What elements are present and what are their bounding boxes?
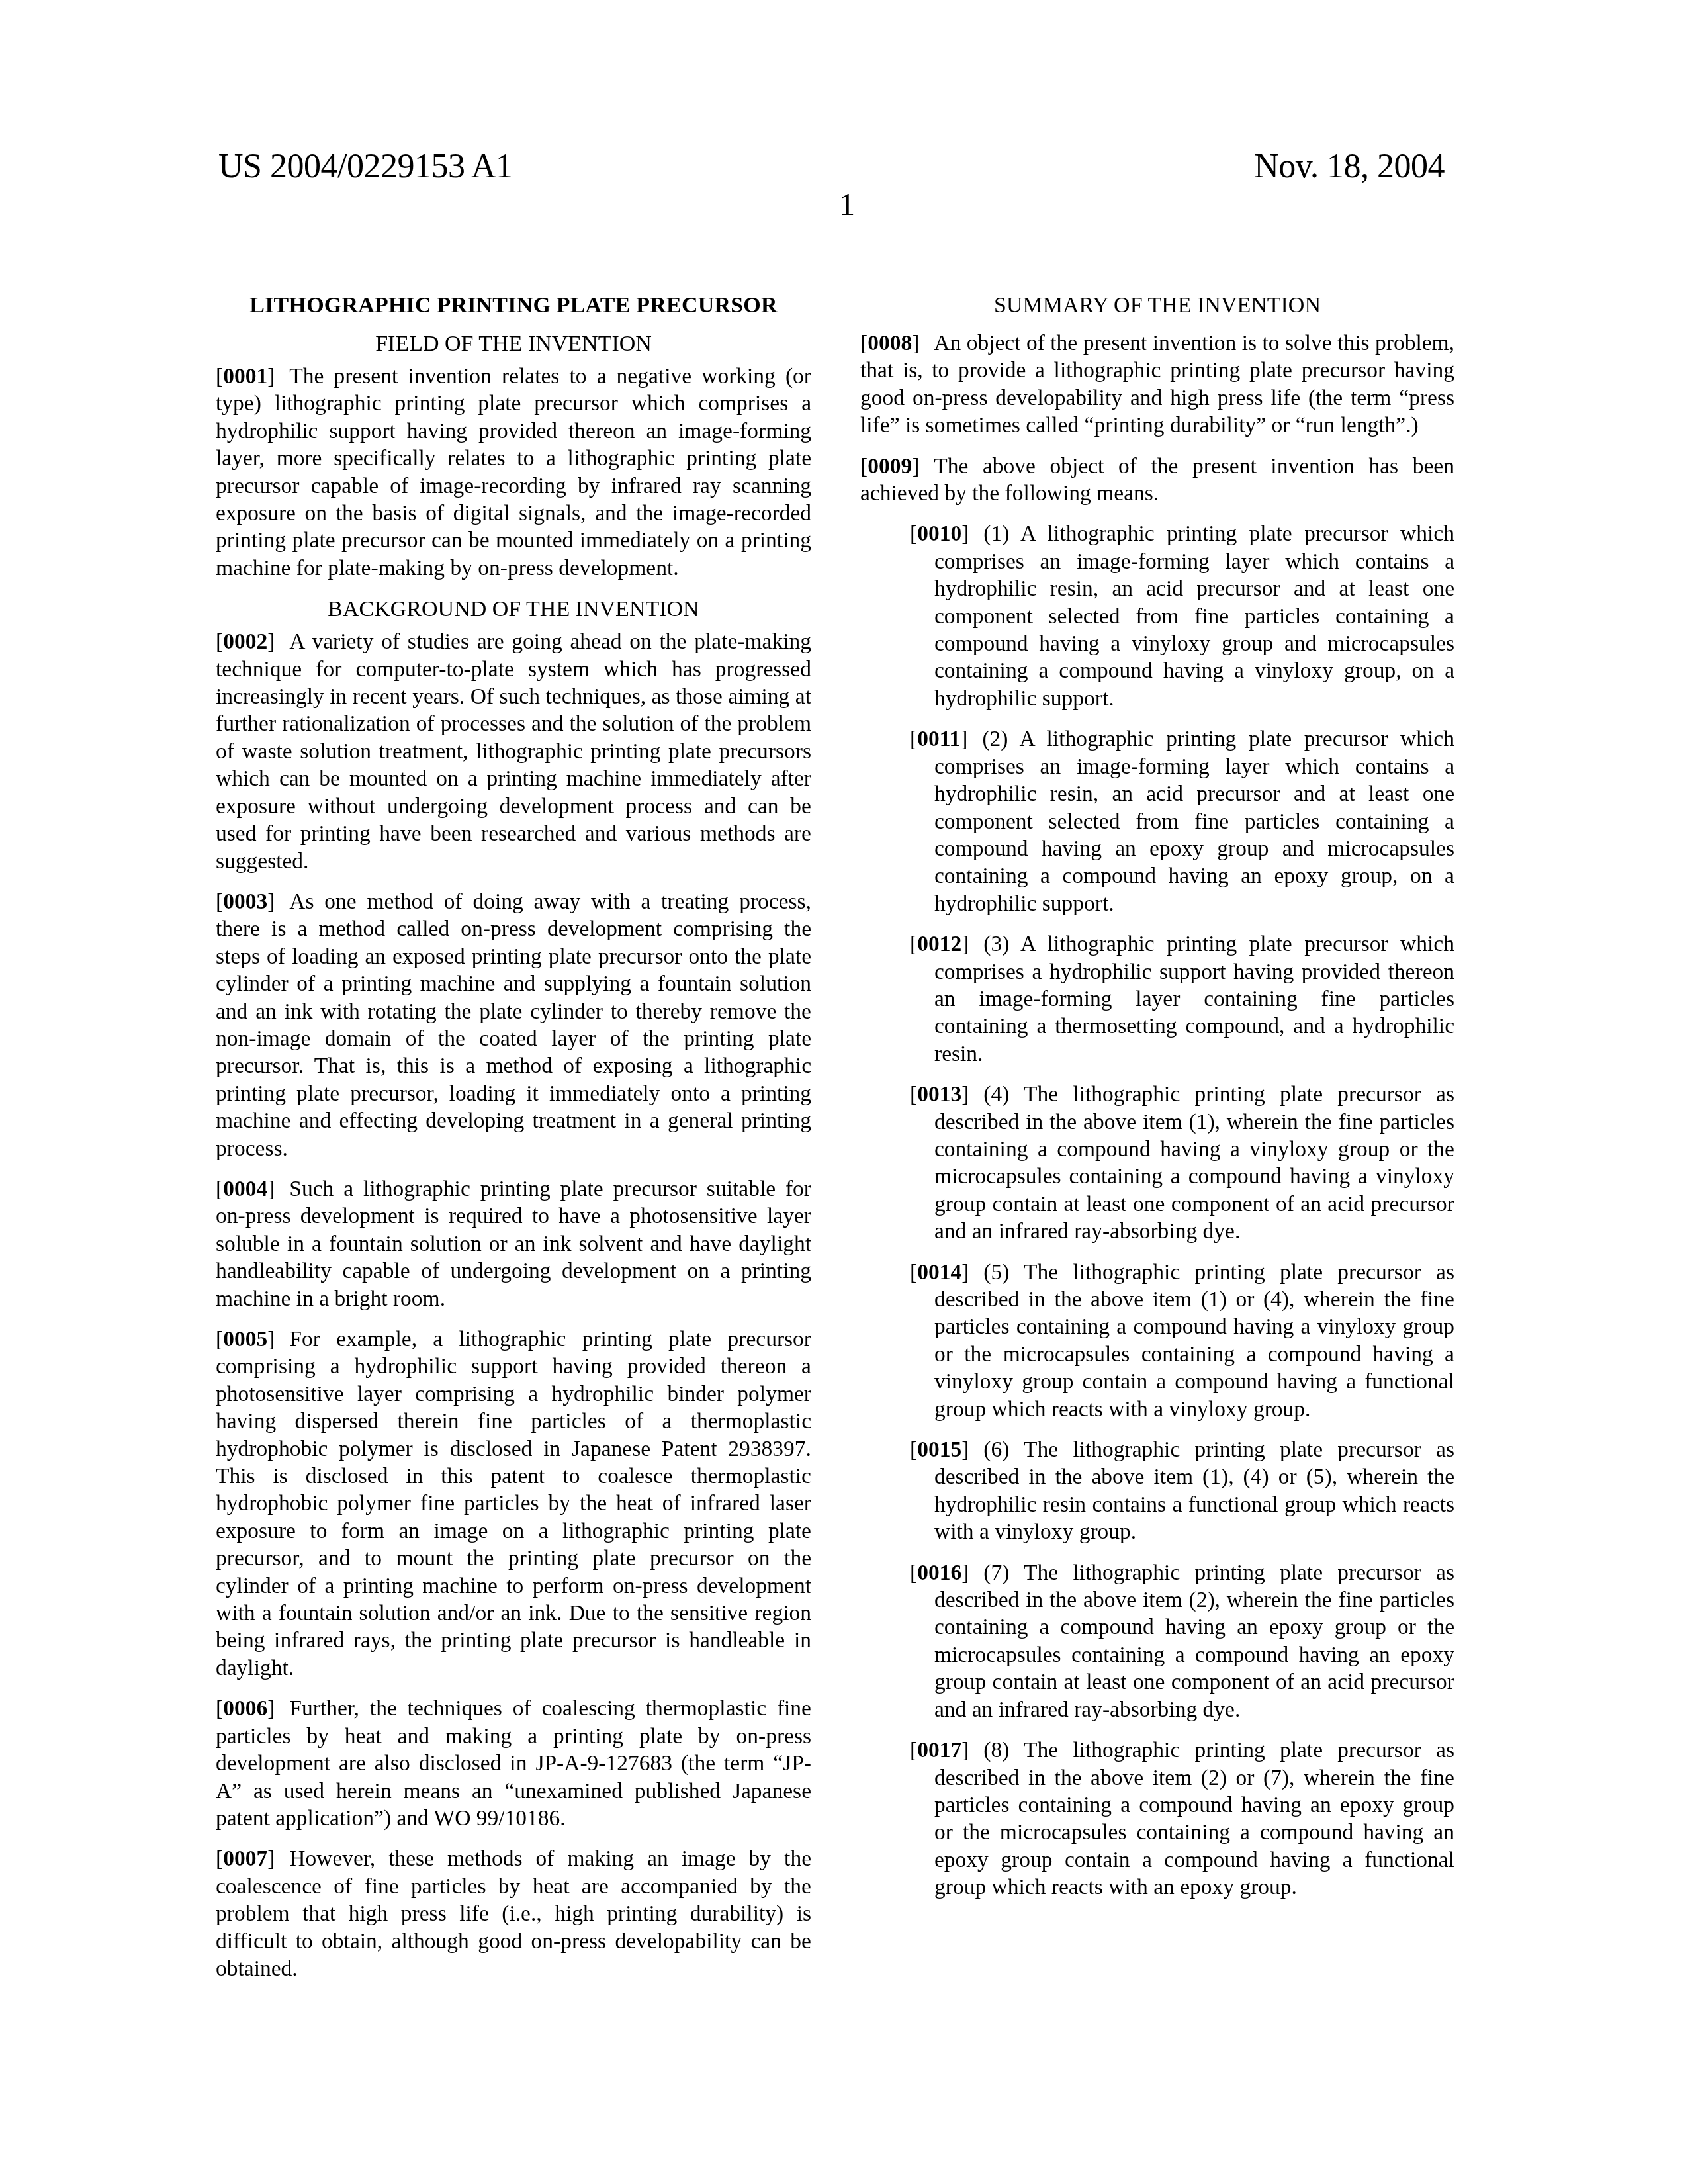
paragraph-number: 0017 <box>917 1738 961 1762</box>
paragraph-text: Such a lithographic printing plate precu… <box>216 1177 811 1311</box>
paragraph-number: 0004 <box>223 1177 267 1201</box>
paragraph-number: 0013 <box>917 1082 961 1107</box>
item-text: (4) The lithographic printing plate prec… <box>934 1082 1454 1244</box>
paragraph-number: 0002 <box>223 629 267 654</box>
claim-item-0010: [0010](1) A lithographic printing plate … <box>860 520 1454 712</box>
page-number: 1 <box>0 187 1694 224</box>
paragraph-number: 0005 <box>223 1327 267 1351</box>
paragraph-0008: [0008]An object of the present invention… <box>860 330 1454 439</box>
item-text: (5) The lithographic printing plate prec… <box>934 1260 1454 1422</box>
paragraph-number: 0016 <box>917 1561 961 1585</box>
claim-item-0017: [0017](8) The lithographic printing plat… <box>860 1737 1454 1901</box>
paragraph-number: 0003 <box>223 889 267 914</box>
item-text: (6) The lithographic printing plate prec… <box>934 1437 1454 1544</box>
paragraph-number: 0010 <box>917 522 961 546</box>
document-title: LITHOGRAPHIC PRINTING PLATE PRECURSOR <box>216 291 811 320</box>
paragraph-0005: [0005]For example, a lithographic printi… <box>216 1326 811 1682</box>
paragraph-0007: [0007]However, these methods of making a… <box>216 1845 811 1982</box>
paragraph-text: A variety of studies are going ahead on … <box>216 629 811 873</box>
paragraph-number: 0011 <box>917 727 960 751</box>
claim-item-0011: [0011](2) A lithographic printing plate … <box>860 725 1454 917</box>
left-column: LITHOGRAPHIC PRINTING PLATE PRECURSOR FI… <box>216 291 811 1995</box>
paragraph-number: 0006 <box>223 1696 267 1721</box>
item-text: (8) The lithographic printing plate prec… <box>934 1738 1454 1899</box>
paragraph-0003: [0003]As one method of doing away with a… <box>216 888 811 1162</box>
claim-item-0016: [0016](7) The lithographic printing plat… <box>860 1559 1454 1723</box>
paragraph-0002: [0002]A variety of studies are going ahe… <box>216 628 811 875</box>
paragraph-number: 0001 <box>223 364 267 388</box>
paragraph-number: 0012 <box>917 932 961 956</box>
paragraph-text: An object of the present invention is to… <box>860 331 1454 437</box>
paragraph-number: 0008 <box>868 331 912 355</box>
paragraph-number: 0015 <box>917 1437 961 1462</box>
section-heading-field: FIELD OF THE INVENTION <box>216 330 811 359</box>
item-text: (2) A lithographic printing plate precur… <box>934 727 1454 915</box>
paragraph-number: 0007 <box>223 1846 267 1871</box>
paragraph-text: The present invention relates to a negat… <box>216 364 811 580</box>
paragraph-text: However, these methods of making an imag… <box>216 1846 811 1981</box>
claim-item-0014: [0014](5) The lithographic printing plat… <box>860 1259 1454 1423</box>
paragraph-text: Further, the techniques of coalescing th… <box>216 1696 811 1831</box>
paragraph-number: 0014 <box>917 1260 961 1285</box>
claim-item-0013: [0013](4) The lithographic printing plat… <box>860 1081 1454 1245</box>
publication-number: US 2004/0229153 A1 <box>218 147 513 187</box>
claim-item-0012: [0012](3) A lithographic printing plate … <box>860 931 1454 1068</box>
section-heading-summary: SUMMARY OF THE INVENTION <box>860 291 1454 320</box>
paragraph-0006: [0006]Further, the techniques of coalesc… <box>216 1695 811 1832</box>
item-text: (1) A lithographic printing plate precur… <box>934 522 1454 710</box>
claim-item-0015: [0015](6) The lithographic printing plat… <box>860 1436 1454 1546</box>
paragraph-number: 0009 <box>868 454 912 478</box>
paragraph-0009: [0009]The above object of the present in… <box>860 453 1454 508</box>
paragraph-text: As one method of doing away with a treat… <box>216 889 811 1161</box>
item-text: (7) The lithographic printing plate prec… <box>934 1561 1454 1722</box>
publication-date: Nov. 18, 2004 <box>1254 147 1445 187</box>
section-heading-background: BACKGROUND OF THE INVENTION <box>216 595 811 624</box>
paragraph-0004: [0004]Such a lithographic printing plate… <box>216 1175 811 1312</box>
paragraph-text: For example, a lithographic printing pla… <box>216 1327 811 1680</box>
right-column: SUMMARY OF THE INVENTION [0008]An object… <box>860 291 1454 1915</box>
item-text: (3) A lithographic printing plate precur… <box>934 932 1454 1066</box>
paragraph-text: The above object of the present inventio… <box>860 454 1454 506</box>
paragraph-0001: [0001]The present invention relates to a… <box>216 363 811 582</box>
